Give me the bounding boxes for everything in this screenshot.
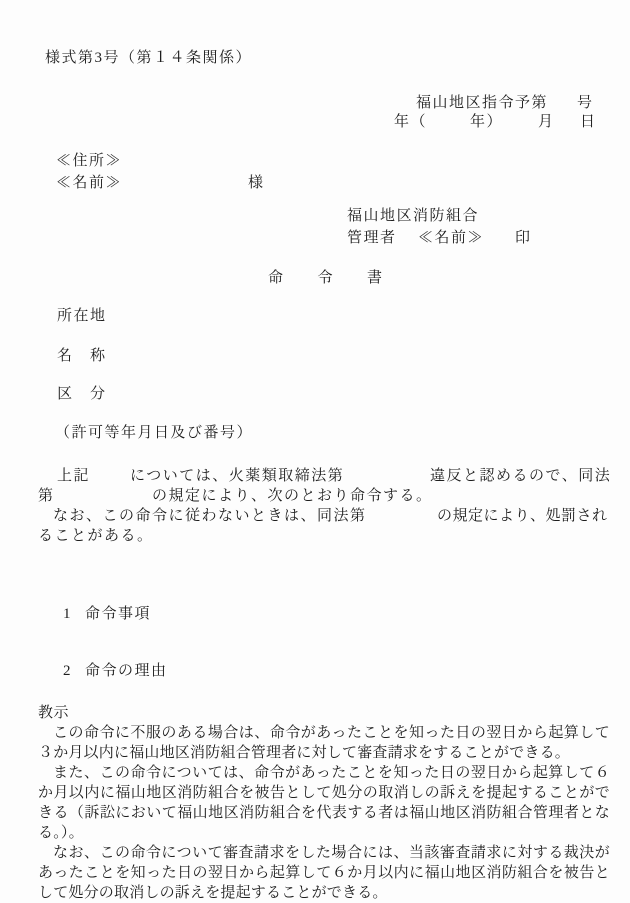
field-category-label: 区 分 <box>57 384 107 404</box>
doc-number-prefix: 福山地区指令予第 <box>416 93 548 113</box>
kyoji-paragraph-3: なお、この命令について審査請求をした場合には、当該審査請求に対する裁決があったこ… <box>38 843 610 903</box>
issuer-org: 福山地区消防組合 <box>347 206 479 226</box>
issuer-title: 管理者 <box>347 228 397 248</box>
body-line4: ることがある。 <box>38 526 154 546</box>
page-title: 命 令 書 <box>268 268 384 288</box>
recipient-honorific: 様 <box>248 173 265 193</box>
field-location-label: 所在地 <box>57 306 107 326</box>
form-number: 様式第3号（第１４条関係） <box>45 48 252 68</box>
recipient-address-placeholder: ≪住所≫ <box>56 151 122 171</box>
date-year-close: 年） <box>470 112 503 132</box>
doc-number-suffix: 号 <box>577 93 594 113</box>
date-day: 日 <box>580 112 597 132</box>
kyoji-section: この命令に不服のある場合は、命令があったことを知った日の翌日から起算して３か月以… <box>38 723 610 903</box>
body-line1-mid: については、火薬類取締法第 <box>130 466 344 486</box>
field-permit-label: （許可等年月日及び番号） <box>55 423 253 443</box>
item-1-label: 命令事項 <box>85 606 151 622</box>
date-year-open: 年（ <box>394 112 427 132</box>
body-line2-start: 第 <box>38 486 55 506</box>
date-month: 月 <box>538 112 555 132</box>
body-line3-end: の規定により、処罰され <box>437 506 608 526</box>
kyoji-heading: 教示 <box>38 703 69 723</box>
item-2-label: 命令の理由 <box>85 663 168 679</box>
item-order-matters: 1命令事項 <box>42 584 151 644</box>
body-line1-end: 違反と認めるので、同法 <box>430 466 611 486</box>
kyoji-paragraph-1: この命令に不服のある場合は、命令があったことを知った日の翌日から起算して３か月以… <box>38 723 610 763</box>
order-form-page: 様式第3号（第１４条関係） 福山地区指令予第 号 年（ 年） 月 日 ≪住所≫ … <box>0 0 630 903</box>
kyoji-paragraph-2: また、この命令については、命令があったことを知った日の翌日から起算して６か月以内… <box>38 763 610 843</box>
item-order-reason: 2命令の理由 <box>42 641 168 701</box>
issuer-name-placeholder: ≪名前≫ <box>418 228 484 248</box>
field-name-label: 名 称 <box>57 346 107 366</box>
item-2-number: 2 <box>63 663 72 679</box>
recipient-name-placeholder: ≪名前≫ <box>56 173 122 193</box>
issuer-seal-mark: 印 <box>515 228 532 248</box>
body-line1-start: 上記 <box>57 466 90 486</box>
body-line2-end: の規定により、次のとおり命令する。 <box>152 486 433 506</box>
item-1-number: 1 <box>63 606 72 622</box>
body-line3-start: なお、この命令に従わないときは、同法第 <box>53 506 367 526</box>
